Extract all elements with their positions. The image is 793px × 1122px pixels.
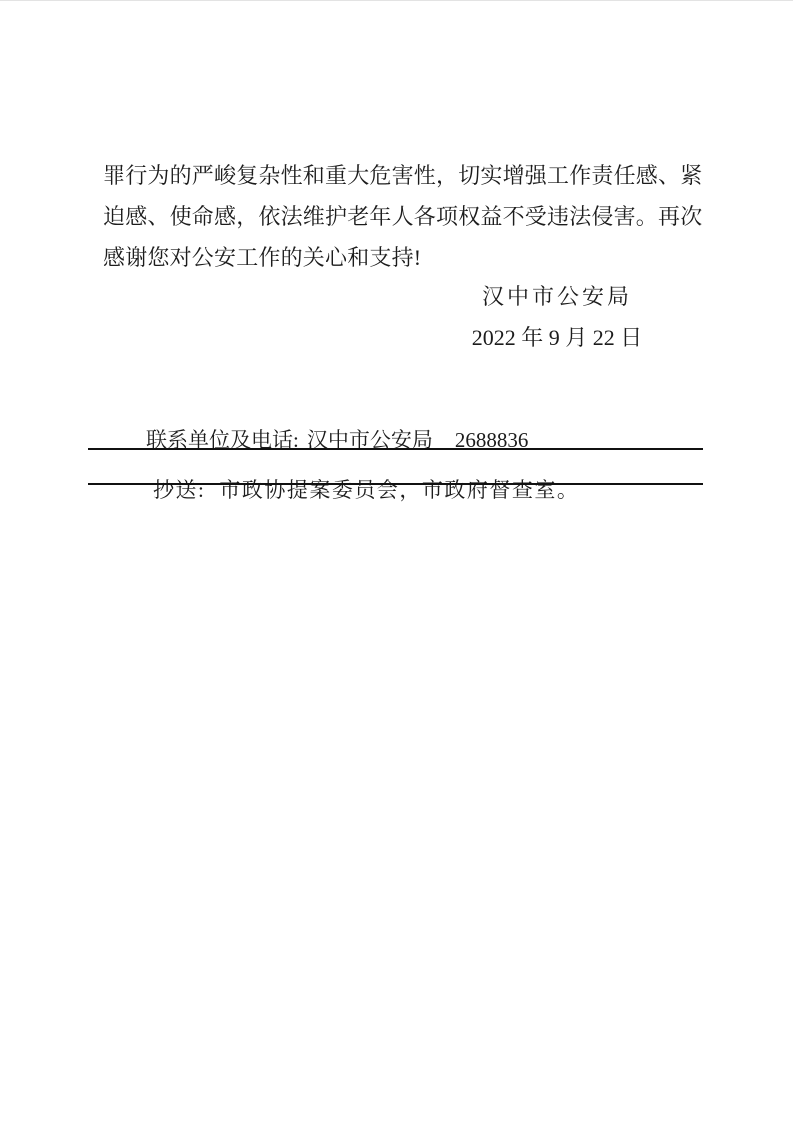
cc-separator-bottom: [88, 483, 703, 485]
document-page: 罪行为的严峻复杂性和重大危害性，切实增强工作责任感、紧 迫感、使命感，依法维护老…: [0, 0, 793, 1122]
body-line: 感谢您对公安工作的关心和支持!: [103, 237, 715, 278]
cc-separator-top: [88, 448, 703, 450]
body-paragraph: 罪行为的严峻复杂性和重大危害性，切实增强工作责任感、紧 迫感、使命感，依法维护老…: [103, 155, 715, 278]
issue-date: 2022 年 9 月 22 日: [407, 327, 707, 349]
body-line: 迫感、使命感，依法维护老年人各项权益不受违法侵害。再次: [103, 196, 715, 237]
cc-line: 抄送:市政协提案委员会，市政府督查室。: [126, 459, 579, 522]
body-line: 罪行为的严峻复杂性和重大危害性，切实增强工作责任感、紧: [103, 155, 715, 196]
cc-label: 抄送:: [153, 478, 205, 502]
issuer-name: 汉中市公安局: [407, 286, 707, 308]
cc-content: 市政协提案委员会，市政府督查室。: [219, 478, 579, 502]
